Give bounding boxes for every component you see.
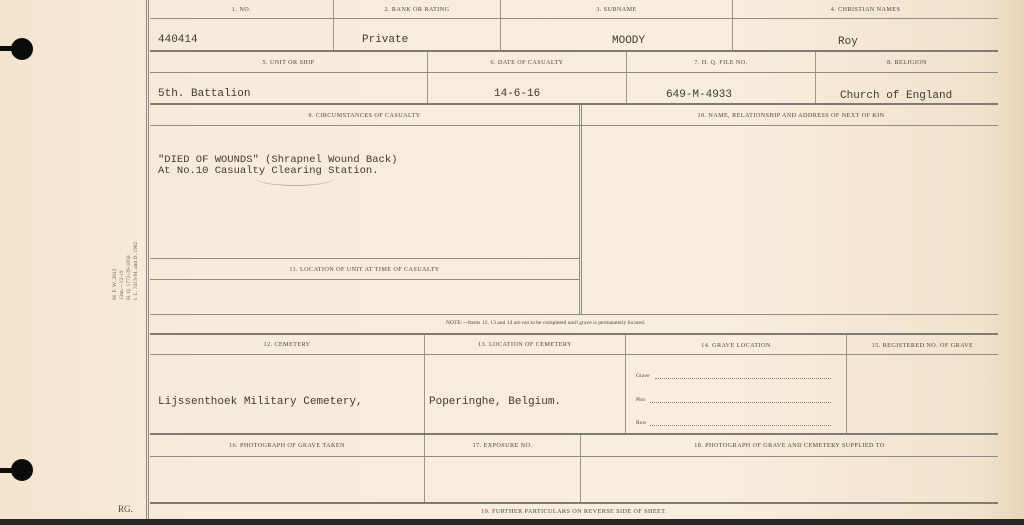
field-label-cemetery: 12. Cemetery bbox=[150, 341, 424, 348]
pencil-mark bbox=[255, 170, 335, 186]
casualty-card: M. F. W. 2043 13m.—12-19 H. Q. 1772-39-1… bbox=[0, 0, 1024, 525]
field-label-rank: 2. Rank or Rating bbox=[334, 6, 500, 13]
rule bbox=[150, 433, 998, 435]
field-label-surname: 3. Surname bbox=[501, 6, 732, 13]
field-label-circumstances: 9. Circumstances of Casualty bbox=[150, 112, 579, 119]
field-value-cemetery: Lijssenthoek Military Cemetery, bbox=[158, 396, 363, 408]
rule bbox=[150, 258, 579, 259]
field-label-exposure-no: 17. Exposure No. bbox=[425, 442, 580, 449]
plot-input-line[interactable] bbox=[650, 402, 831, 403]
field-label-unit: 5. Unit or Ship bbox=[150, 59, 427, 66]
rule bbox=[150, 18, 998, 19]
field-label-location-of-unit: 11. Location of Unit at Time of Casualty bbox=[150, 266, 579, 273]
grave-label: Grave bbox=[636, 373, 650, 379]
field-value-unit: 5th. Battalion bbox=[158, 88, 250, 100]
field-value-hq-file-no: 649-M-4933 bbox=[666, 89, 732, 101]
field-label-hq-file-no: 7. H. Q. File No. bbox=[627, 59, 815, 66]
punch-hole-bottom bbox=[11, 459, 33, 481]
plot-label: Plot bbox=[636, 397, 645, 403]
field-label-photo-supplied-to: 18. Photograph of Grave and Cemetery Sup… bbox=[581, 442, 998, 449]
form-code-vertical: M. F. W. 2043 13m.—12-19 H. Q. 1772-39-1… bbox=[112, 242, 140, 300]
divider bbox=[846, 335, 847, 433]
rule bbox=[150, 125, 998, 126]
rule bbox=[150, 72, 998, 73]
rule bbox=[150, 502, 998, 504]
rule bbox=[150, 50, 998, 52]
field-value-cemetery-location: Poperinghe, Belgium. bbox=[429, 396, 561, 408]
field-label-date-of-casualty: 6. Date of Casualty bbox=[428, 59, 626, 66]
field-value-rank: Private bbox=[362, 34, 408, 46]
rule bbox=[150, 103, 998, 105]
rule bbox=[150, 333, 998, 335]
row-input-line[interactable] bbox=[650, 425, 831, 426]
row-label: Row bbox=[636, 420, 647, 426]
field-label-grave-location: 14. Grave Location bbox=[626, 342, 846, 349]
field-label-religion: 8. Religion bbox=[816, 59, 998, 66]
rule bbox=[150, 456, 998, 457]
field-label-registered-no: 15. Registered No. of Grave bbox=[847, 342, 998, 349]
field-value-date-of-casualty: 14-6-16 bbox=[494, 88, 540, 100]
divider bbox=[424, 335, 425, 433]
field-label-number: 1. No. bbox=[150, 6, 333, 13]
field-label-christian-names: 4. Christian Names bbox=[733, 6, 998, 13]
record-group-code: RG. bbox=[118, 504, 133, 514]
field-value-religion: Church of England bbox=[840, 90, 952, 102]
field-label-cemetery-location: 13. Location of Cemetery bbox=[425, 341, 625, 348]
left-border bbox=[146, 0, 149, 519]
completion-note: NOTE:—Items 12, 13 and 14 are not to be … bbox=[446, 320, 645, 326]
field-label-next-of-kin: 10. Name, Relationship and Address of Ne… bbox=[584, 112, 998, 119]
punch-hole-top bbox=[11, 38, 33, 60]
field-label-further-particulars: 19. Further Particulars on Reverse Side … bbox=[150, 508, 998, 515]
card-bottom-edge bbox=[0, 519, 1024, 525]
form-code-line: H. Q. 1772-39-1058 bbox=[126, 242, 133, 300]
rule bbox=[150, 279, 579, 280]
form-code-line: I. L. 7413-M. and D. 1902 bbox=[133, 242, 140, 300]
rule bbox=[150, 354, 998, 355]
field-label-photo-taken: 16. Photograph of Grave Taken bbox=[150, 442, 424, 449]
divider bbox=[625, 335, 626, 433]
field-value-surname: MOODY bbox=[612, 35, 645, 47]
field-value-number: 440414 bbox=[158, 34, 198, 46]
divider bbox=[579, 105, 582, 314]
rule bbox=[150, 314, 998, 315]
grave-input-line[interactable] bbox=[655, 378, 831, 379]
field-value-christian-names: Roy bbox=[838, 36, 858, 48]
form-code-line: M. F. W. 2043 bbox=[112, 242, 119, 300]
form-code-line: 13m.—12-19 bbox=[119, 242, 126, 300]
